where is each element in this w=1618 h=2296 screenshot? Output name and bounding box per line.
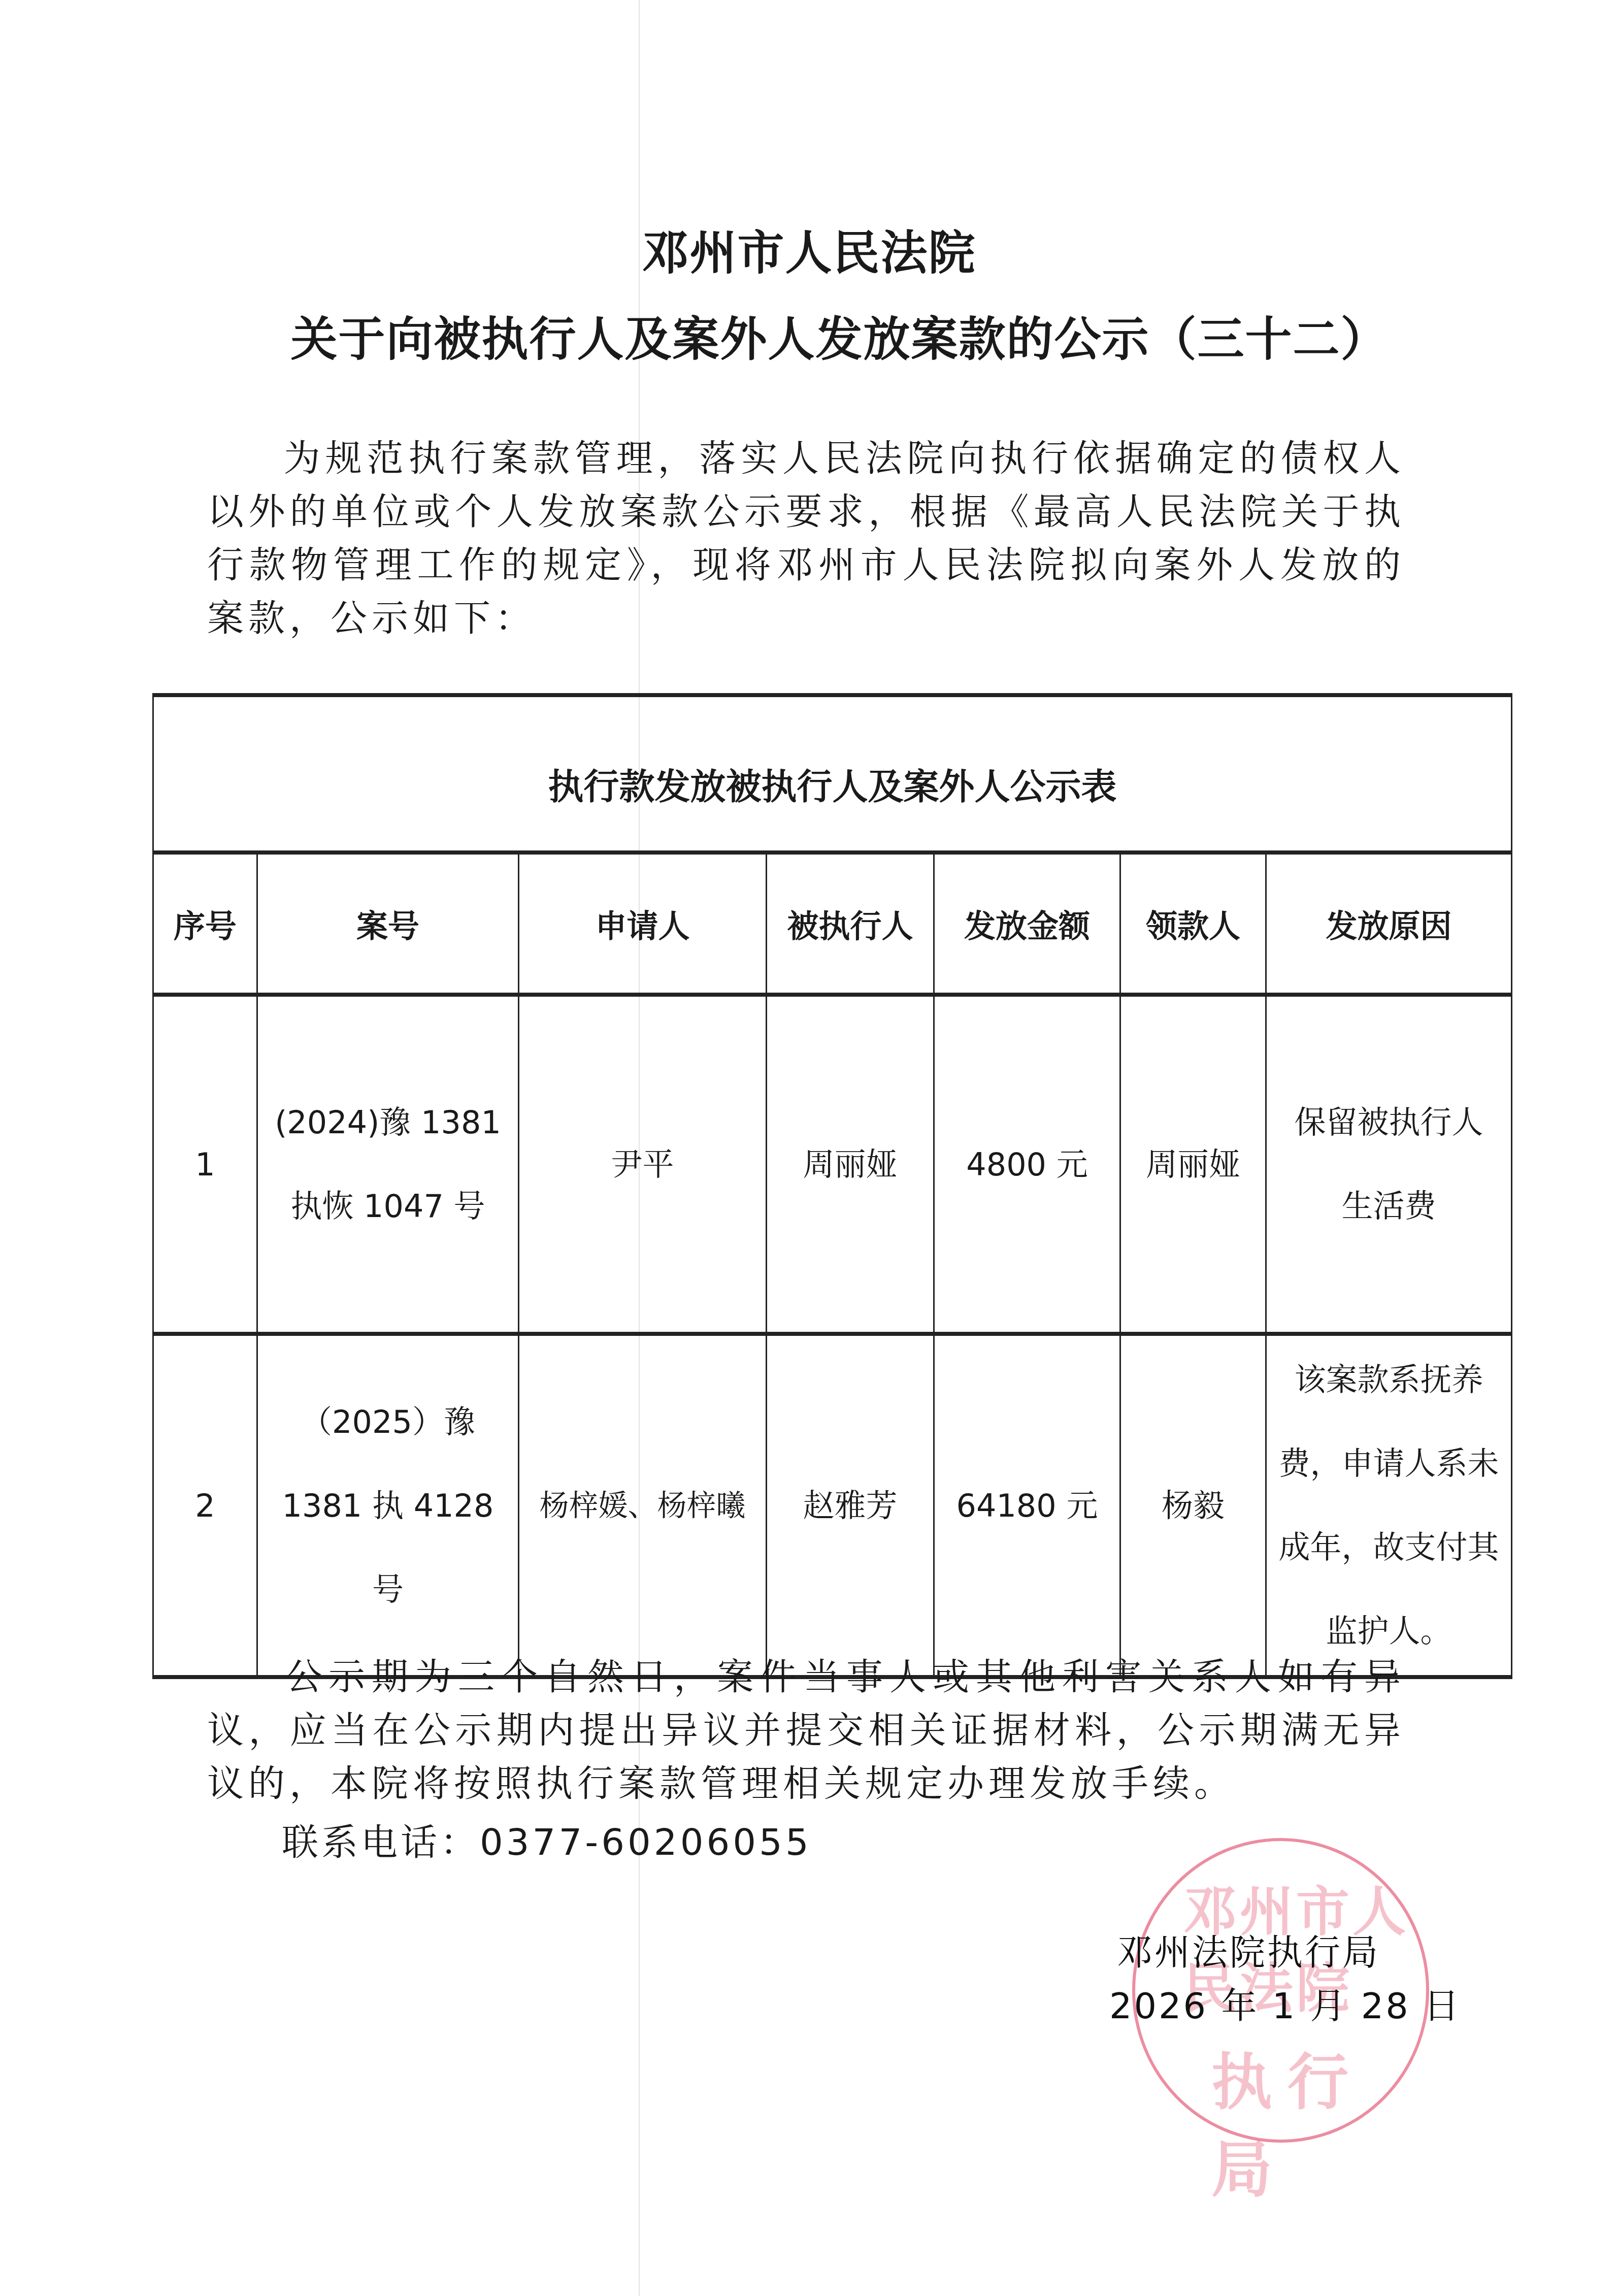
cell-recipient: 杨毅: [1120, 1334, 1266, 1677]
cell-case-no: (2024)豫 1381 执恢 1047 号: [257, 995, 519, 1334]
disbursement-table: 执行款发放被执行人及案外人公示表 序号 案号 申请人 被执行人 发放金额 领款人…: [152, 693, 1512, 1679]
intro-paragraph: 为规范执行案款管理，落实人民法院向执行依据确定的债权人以外的单位或个人发放案款公…: [207, 432, 1405, 645]
closing-paragraph: 公示期为三个自然日，案件当事人或其他利害关系人如有异议，应当在公示期内提出异议并…: [207, 1650, 1405, 1810]
col-header-case-no: 案号: [257, 852, 519, 995]
col-header-respondent: 被执行人: [767, 852, 934, 995]
cell-applicant: 杨梓媛、杨梓曦: [519, 1334, 767, 1677]
table-header-row: 序号 案号 申请人 被执行人 发放金额 领款人 发放原因: [153, 852, 1512, 995]
page-subtitle: 关于向被执行人及案外人发放案款的公示（三十二）: [30, 302, 1618, 369]
col-header-recipient: 领款人: [1120, 852, 1266, 995]
cell-reason: 该案款系抚养费，申请人系未成年，故支付其监护人。: [1266, 1334, 1512, 1677]
signature-date: 2026 年 1 月 28 日: [1109, 1978, 1461, 2029]
cell-index: 1: [153, 995, 257, 1334]
table-caption: 执行款发放被执行人及案外人公示表: [153, 695, 1512, 852]
cell-applicant: 尹平: [519, 995, 767, 1334]
cell-index: 2: [153, 1334, 257, 1677]
col-header-reason: 发放原因: [1266, 852, 1512, 995]
intro-text: 为规范执行案款管理，落实人民法院向执行依据确定的债权人以外的单位或个人发放案款公…: [207, 437, 1405, 639]
cell-recipient: 周丽娅: [1120, 995, 1266, 1334]
table-row: 2 （2025）豫 1381 执 4128 号 杨梓媛、杨梓曦 赵雅芳 6418…: [153, 1334, 1512, 1677]
cell-reason: 保留被执行人生活费: [1266, 995, 1512, 1334]
table-row: 1 (2024)豫 1381 执恢 1047 号 尹平 周丽娅 4800 元 周…: [153, 995, 1512, 1334]
cell-respondent: 周丽娅: [767, 995, 934, 1334]
page-title: 邓州市人民法院: [0, 216, 1618, 283]
cell-case-no: （2025）豫 1381 执 4128 号: [257, 1334, 519, 1677]
col-header-index: 序号: [153, 852, 257, 995]
col-header-amount: 发放金额: [934, 852, 1120, 995]
signature-org: 邓州法院执行局: [1117, 1924, 1380, 1976]
seal-text-bottom: 执行局: [1211, 2034, 1426, 2209]
cell-respondent: 赵雅芳: [767, 1334, 934, 1677]
cell-amount: 4800 元: [934, 995, 1120, 1334]
cell-amount: 64180 元: [934, 1334, 1120, 1677]
contact-phone: 联系电话：0377-60206055: [282, 1813, 812, 1865]
closing-text: 公示期为三个自然日，案件当事人或其他利害关系人如有异议，应当在公示期内提出异议并…: [207, 1655, 1405, 1805]
col-header-applicant: 申请人: [519, 852, 767, 995]
